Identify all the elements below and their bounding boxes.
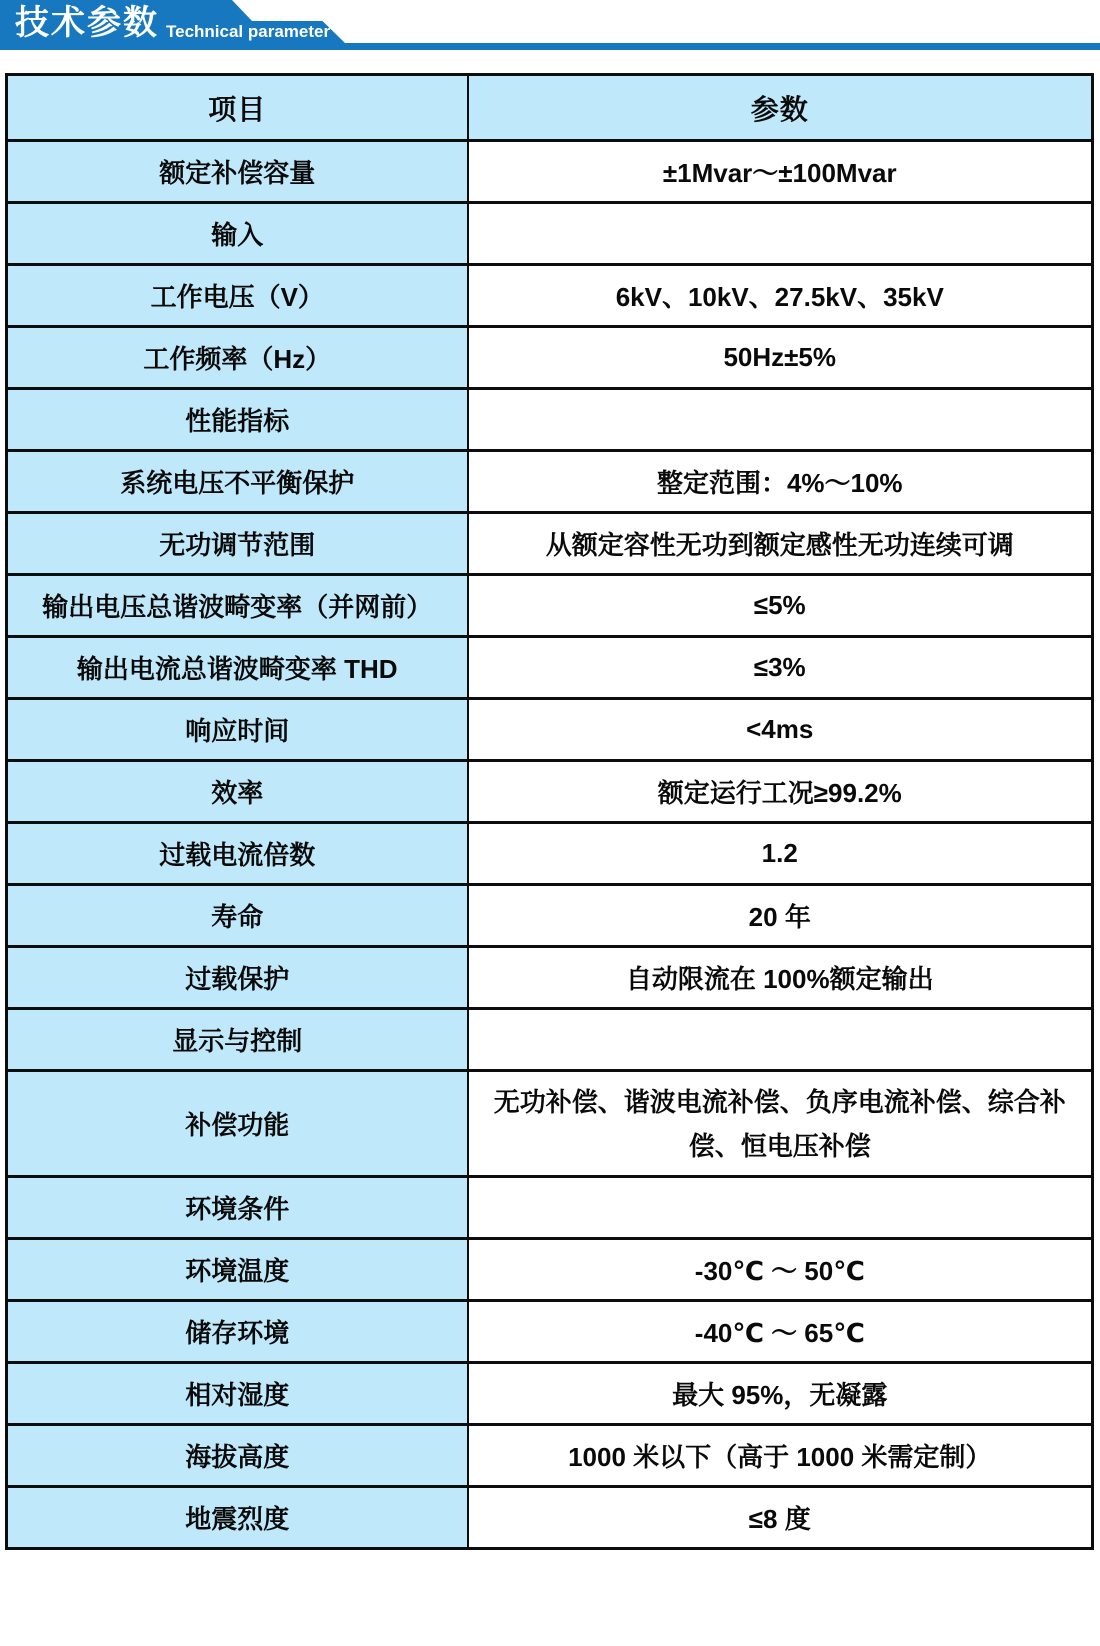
table-row: 环境条件 <box>7 1177 1093 1239</box>
table-row: 过载电流倍数1.2 <box>7 823 1093 885</box>
technical-parameter-table: 项目 参数 额定补偿容量±1Mvar～±100Mvar输入工作电压（V）6kV、… <box>5 73 1094 1550</box>
table-row: 效率额定运行工况≥99.2% <box>7 761 1093 823</box>
item-cell: 响应时间 <box>7 699 468 761</box>
table-row: 工作电压（V）6kV、10kV、27.5kV、35kV <box>7 265 1093 327</box>
param-cell: 从额定容性无功到额定感性无功连续可调 <box>468 513 1093 575</box>
param-cell: 1000 米以下（高于 1000 米需定制） <box>468 1425 1093 1487</box>
param-cell: -40℃ ～ 65℃ <box>468 1301 1093 1363</box>
table-row: 额定补偿容量±1Mvar～±100Mvar <box>7 141 1093 203</box>
item-cell: 性能指标 <box>7 389 468 451</box>
table-row: 补偿功能无功补偿、谐波电流补偿、负序电流补偿、综合补偿、恒电压补偿 <box>7 1071 1093 1177</box>
item-cell: 补偿功能 <box>7 1071 468 1177</box>
table-row: 储存环境-40℃ ～ 65℃ <box>7 1301 1093 1363</box>
param-cell: 无功补偿、谐波电流补偿、负序电流补偿、综合补偿、恒电压补偿 <box>468 1071 1093 1177</box>
param-cell: <4ms <box>468 699 1093 761</box>
table-row: 海拔高度1000 米以下（高于 1000 米需定制） <box>7 1425 1093 1487</box>
param-cell <box>468 1009 1093 1071</box>
table-row: 系统电压不平衡保护整定范围：4%～10% <box>7 451 1093 513</box>
param-cell: ±1Mvar～±100Mvar <box>468 141 1093 203</box>
table-row: 显示与控制 <box>7 1009 1093 1071</box>
item-cell: 环境条件 <box>7 1177 468 1239</box>
param-cell: 1.2 <box>468 823 1093 885</box>
item-cell: 寿命 <box>7 885 468 947</box>
item-cell: 过载保护 <box>7 947 468 1009</box>
item-cell: 输入 <box>7 203 468 265</box>
param-cell <box>468 203 1093 265</box>
table-row: 环境温度-30℃ ～ 50℃ <box>7 1239 1093 1301</box>
param-cell <box>468 389 1093 451</box>
param-cell: 6kV、10kV、27.5kV、35kV <box>468 265 1093 327</box>
item-cell: 地震烈度 <box>7 1487 468 1549</box>
table-row: 响应时间<4ms <box>7 699 1093 761</box>
item-cell: 工作频率（Hz） <box>7 327 468 389</box>
item-cell: 工作电压（V） <box>7 265 468 327</box>
table-row: 输入 <box>7 203 1093 265</box>
table-row: 性能指标 <box>7 389 1093 451</box>
item-cell: 显示与控制 <box>7 1009 468 1071</box>
technical-parameter-banner: 技术参数 Technical parameter <box>0 0 1100 50</box>
param-cell <box>468 1177 1093 1239</box>
item-cell: 效率 <box>7 761 468 823</box>
table-row: 工作频率（Hz）50Hz±5% <box>7 327 1093 389</box>
table-body: 额定补偿容量±1Mvar～±100Mvar输入工作电压（V）6kV、10kV、2… <box>7 141 1093 1549</box>
param-cell: -30℃ ～ 50℃ <box>468 1239 1093 1301</box>
item-cell: 输出电流总谐波畸变率 THD <box>7 637 468 699</box>
table-row: 相对湿度最大 95%，无凝露 <box>7 1363 1093 1425</box>
banner-title: 技术参数 <box>15 3 159 43</box>
table-row: 地震烈度≤8 度 <box>7 1487 1093 1549</box>
param-cell: ≤5% <box>468 575 1093 637</box>
item-cell: 输出电压总谐波畸变率（并网前） <box>7 575 468 637</box>
column-header-item: 项目 <box>7 75 468 141</box>
column-header-param: 参数 <box>468 75 1093 141</box>
item-cell: 相对湿度 <box>7 1363 468 1425</box>
banner-underline-bar <box>0 43 1100 50</box>
item-cell: 海拔高度 <box>7 1425 468 1487</box>
param-cell: 50Hz±5% <box>468 327 1093 389</box>
item-cell: 过载电流倍数 <box>7 823 468 885</box>
table-row: 输出电压总谐波畸变率（并网前）≤5% <box>7 575 1093 637</box>
banner-subtitle: Technical parameter <box>166 22 330 42</box>
item-cell: 环境温度 <box>7 1239 468 1301</box>
param-cell: 20 年 <box>468 885 1093 947</box>
table-row: 输出电流总谐波畸变率 THD≤3% <box>7 637 1093 699</box>
param-cell: 自动限流在 100%额定输出 <box>468 947 1093 1009</box>
item-cell: 无功调节范围 <box>7 513 468 575</box>
item-cell: 储存环境 <box>7 1301 468 1363</box>
param-cell: 最大 95%，无凝露 <box>468 1363 1093 1425</box>
param-cell: 额定运行工况≥99.2% <box>468 761 1093 823</box>
item-cell: 系统电压不平衡保护 <box>7 451 468 513</box>
table-row: 寿命20 年 <box>7 885 1093 947</box>
table-row: 过载保护自动限流在 100%额定输出 <box>7 947 1093 1009</box>
param-cell: ≤3% <box>468 637 1093 699</box>
table-row: 无功调节范围从额定容性无功到额定感性无功连续可调 <box>7 513 1093 575</box>
item-cell: 额定补偿容量 <box>7 141 468 203</box>
param-cell: 整定范围：4%～10% <box>468 451 1093 513</box>
table-header-row: 项目 参数 <box>7 75 1093 141</box>
param-cell: ≤8 度 <box>468 1487 1093 1549</box>
